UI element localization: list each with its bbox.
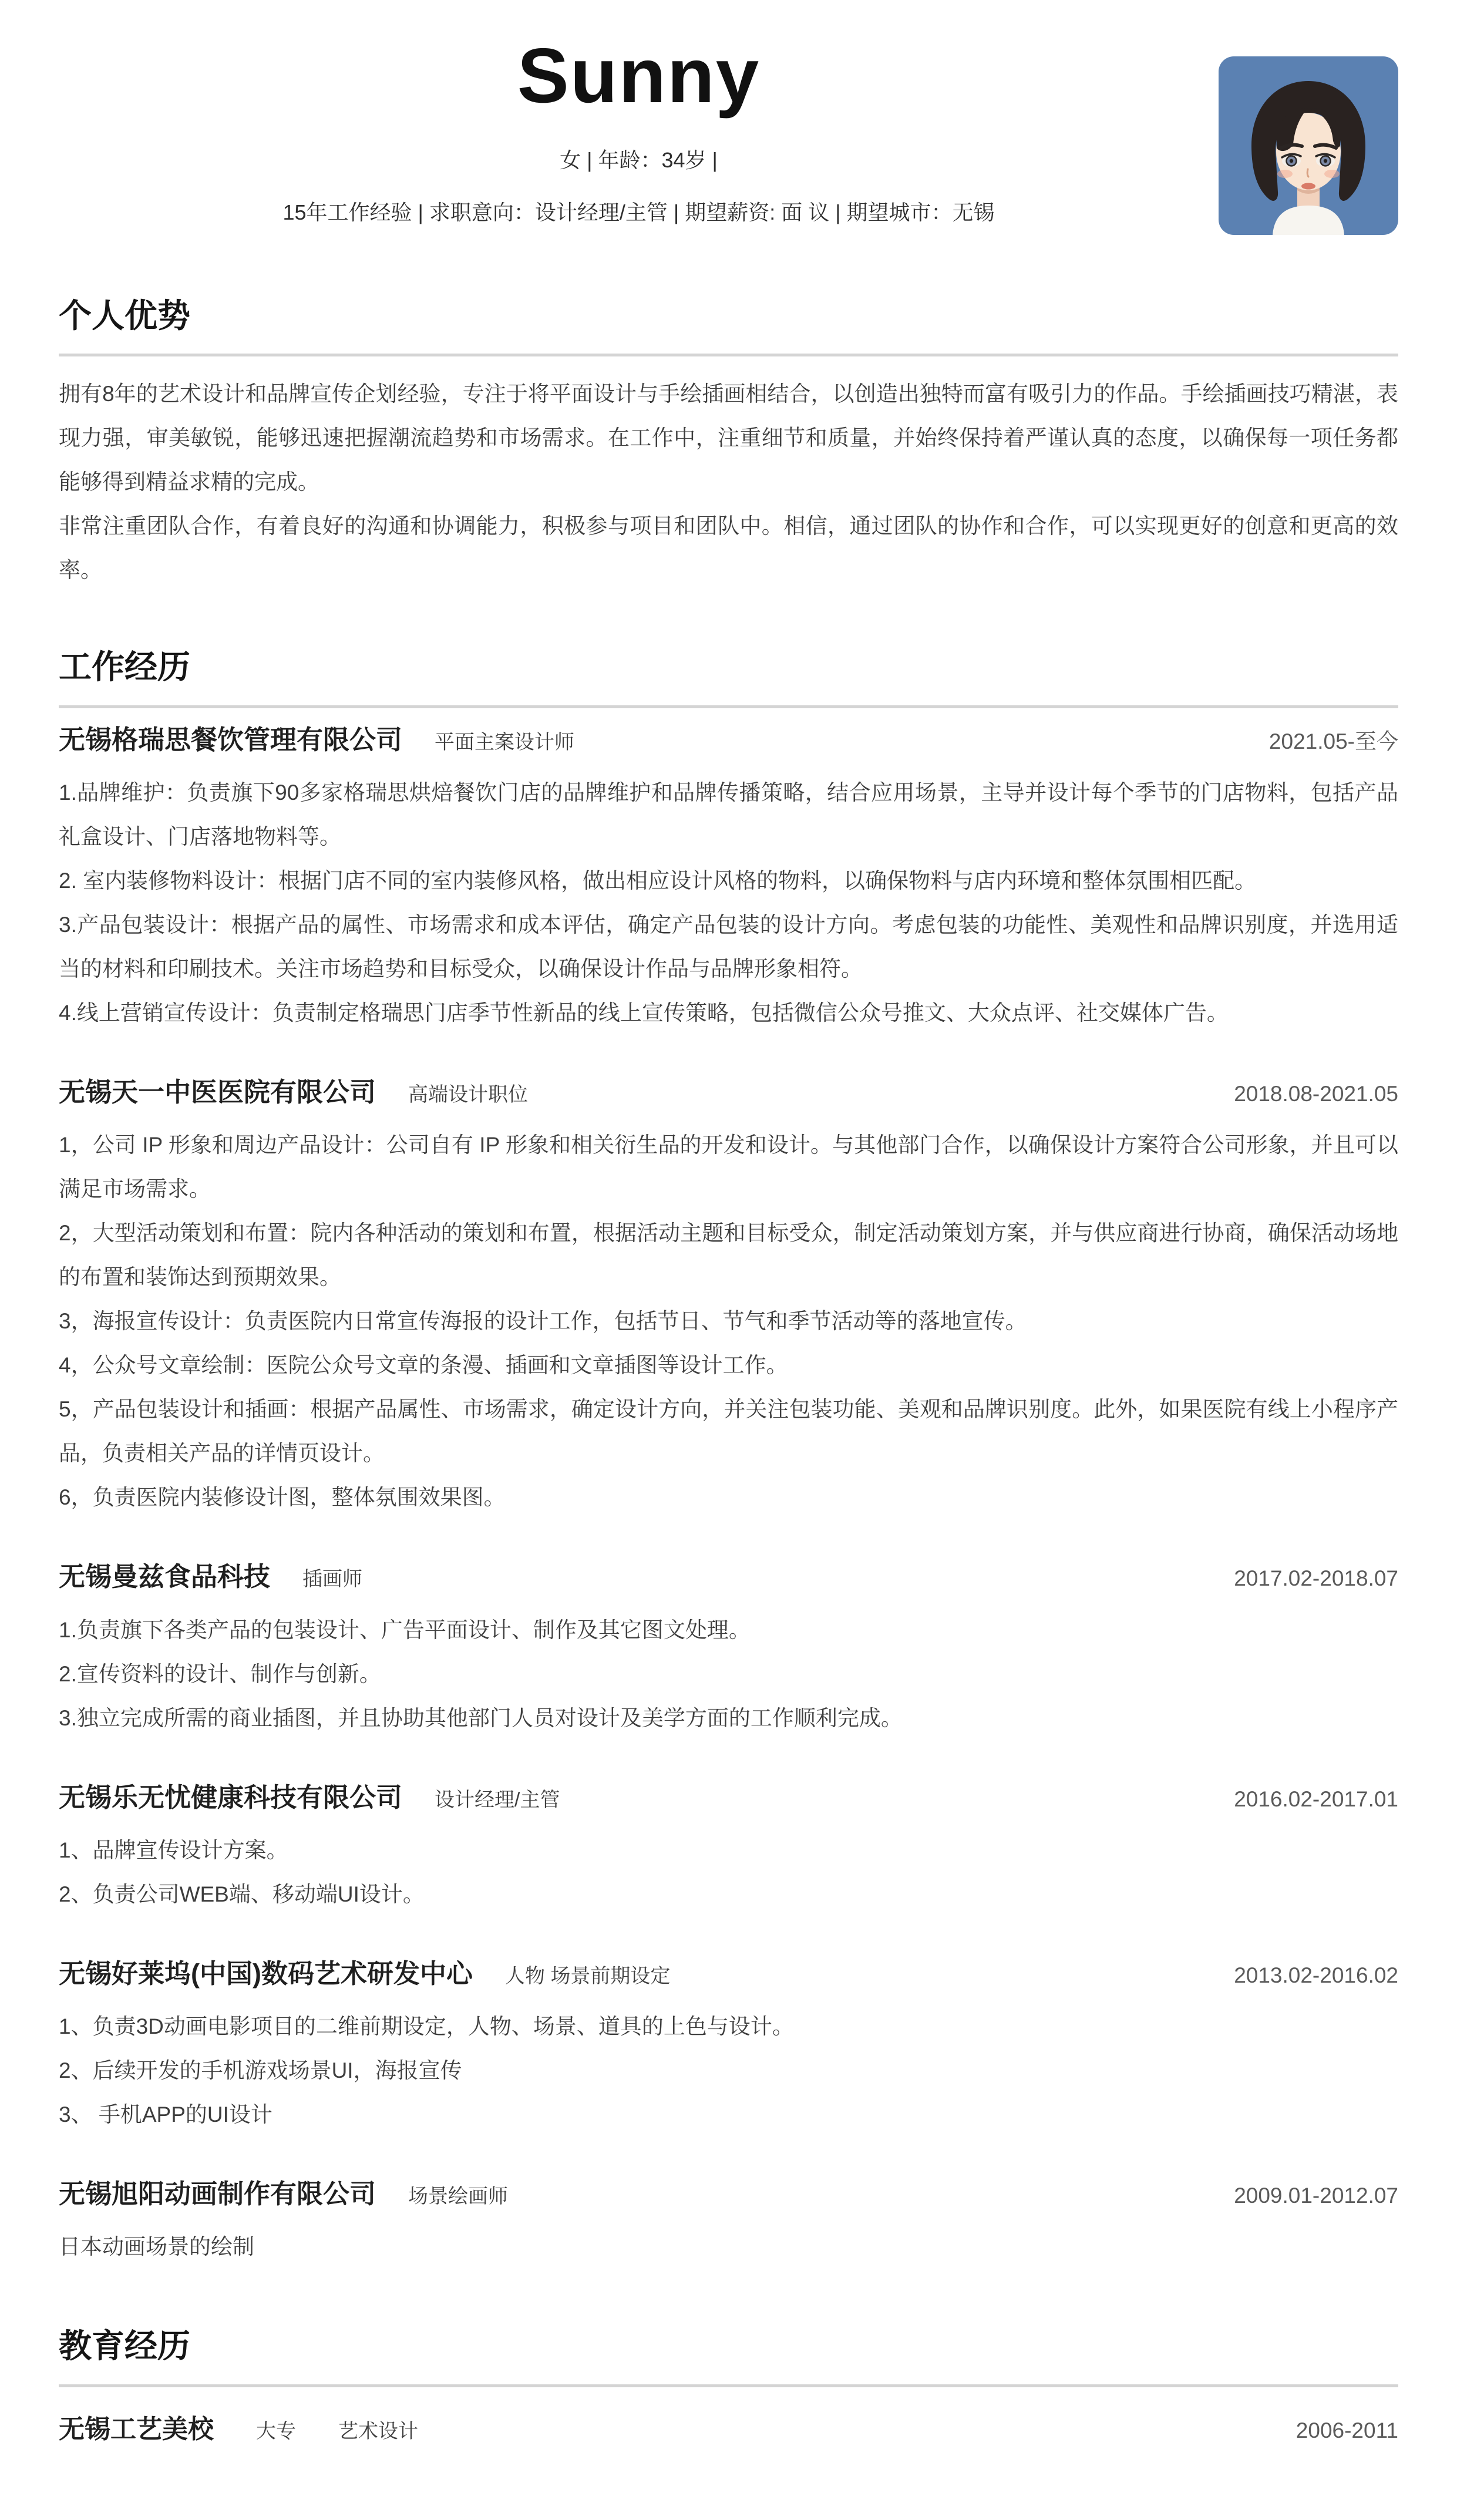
job-header: 无锡乐无忧健康科技有限公司 设计经理/主管 2016.02-2017.01 [59, 1781, 1398, 1814]
school-name: 无锡工艺美校 [59, 2413, 214, 2445]
job-duty-line: 5，产品包装设计和插画：根据产品属性、市场需求，确定设计方向，并关注包装功能、美… [59, 1387, 1398, 1475]
job-duty-line: 2、负责公司WEB端、移动端UI设计。 [59, 1872, 1398, 1916]
company-name: 无锡格瑞思餐饮管理有限公司 [59, 724, 402, 756]
job-period: 2013.02-2016.02 [1234, 1963, 1398, 1988]
company-name: 无锡好莱坞(中国)数码艺术研发中心 [59, 1957, 473, 1990]
resume-header: Sunny 女 | 年龄：34岁 | 15年工作经验 | 求职意向：设计经理/主… [59, 33, 1398, 244]
job-title: 高端设计职位 [408, 1078, 528, 1107]
job-duty-line: 3、 手机APP的UI设计 [59, 2092, 1398, 2137]
job-duties: 1、品牌宣传设计方案。 2、负责公司WEB端、移动端UI设计。 [59, 1828, 1398, 1916]
job-duty-line: 2.宣传资料的设计、制作与创新。 [59, 1652, 1398, 1696]
job-duty-line: 2，大型活动策划和布置：院内各种活动的策划和布置，根据活动主题和目标受众，制定活… [59, 1211, 1398, 1299]
job-entry: 无锡曼兹食品科技 插画师 2017.02-2018.07 1.负责旗下各类产品的… [59, 1560, 1398, 1740]
job-header: 无锡格瑞思餐饮管理有限公司 平面主案设计师 2021.05-至今 [59, 724, 1398, 756]
resume-page: Sunny 女 | 年龄：34岁 | 15年工作经验 | 求职意向：设计经理/主… [0, 0, 1457, 2520]
company-name: 无锡曼兹食品科技 [59, 1560, 270, 1593]
advantage-paragraph: 拥有8年的艺术设计和品牌宣传企划经验，专注于将平面设计与手绘插画相结合，以创造出… [59, 372, 1398, 504]
job-duty-line: 6，负责医院内装修设计图，整体氛围效果图。 [59, 1475, 1398, 1519]
job-entry: 无锡旭阳动画制作有限公司 场景绘画师 2009.01-2012.07 日本动画场… [59, 2178, 1398, 2269]
job-entry: 无锡天一中医医院有限公司 高端设计职位 2018.08-2021.05 1，公司… [59, 1076, 1398, 1519]
section-title-advantages: 个人优势 [59, 297, 1398, 335]
job-duty-line: 日本动画场景的绘制 [59, 2225, 1398, 2269]
job-title: 场景绘画师 [408, 2180, 508, 2209]
job-period: 2009.01-2012.07 [1234, 2183, 1398, 2208]
job-duty-line: 1.品牌维护：负责旗下90多家格瑞思烘焙餐饮门店的品牌维护和品牌传播策略，结合应… [59, 771, 1398, 859]
avatar [1219, 56, 1398, 235]
job-entry: 无锡好莱坞(中国)数码艺术研发中心 人物 场景前期设定 2013.02-2016… [59, 1957, 1398, 2137]
profile-basic-info: 女 | 年龄：34岁 | [59, 144, 1219, 174]
company-name: 无锡天一中医医院有限公司 [59, 1076, 376, 1109]
company-name: 无锡乐无忧健康科技有限公司 [59, 1781, 402, 1814]
job-duty-line: 3.独立完成所需的商业插图，并且协助其他部门人员对设计及美学方面的工作顺利完成。 [59, 1696, 1398, 1740]
job-header: 无锡曼兹食品科技 插画师 2017.02-2018.07 [59, 1560, 1398, 1593]
advantages-body: 拥有8年的艺术设计和品牌宣传企划经验，专注于将平面设计与手绘插画相结合，以创造出… [59, 372, 1398, 592]
job-duty-line: 1，公司 IP 形象和周边产品设计：公司自有 IP 形象和相关衍生品的开发和设计… [59, 1123, 1398, 1211]
job-duty-line: 1.负责旗下各类产品的包装设计、广告平面设计、制作及其它图文处理。 [59, 1608, 1398, 1652]
company-name: 无锡旭阳动画制作有限公司 [59, 2178, 376, 2211]
job-entry: 无锡格瑞思餐饮管理有限公司 平面主案设计师 2021.05-至今 1.品牌维护：… [59, 724, 1398, 1035]
job-duty-line: 1、品牌宣传设计方案。 [59, 1828, 1398, 1872]
job-header: 无锡天一中医医院有限公司 高端设计职位 2018.08-2021.05 [59, 1076, 1398, 1109]
job-duty-line: 4，公众号文章绘制：医院公众号文章的条漫、插画和文章插图等设计工作。 [59, 1343, 1398, 1387]
job-period: 2017.02-2018.07 [1234, 1566, 1398, 1591]
job-duties: 1、负责3D动画电影项目的二维前期设定，人物、场景、道具的上色与设计。 2、后续… [59, 2004, 1398, 2137]
job-period: 2021.05-至今 [1269, 724, 1398, 755]
candidate-name: Sunny [59, 33, 1219, 118]
job-duties: 1.负责旗下各类产品的包装设计、广告平面设计、制作及其它图文处理。 2.宣传资料… [59, 1608, 1398, 1740]
job-duties: 1，公司 IP 形象和周边产品设计：公司自有 IP 形象和相关衍生品的开发和设计… [59, 1123, 1398, 1519]
job-duty-line: 1、负责3D动画电影项目的二维前期设定，人物、场景、道具的上色与设计。 [59, 2004, 1398, 2048]
job-duty-line: 2. 室内装修物料设计：根据门店不同的室内装修风格，做出相应设计风格的物料，以确… [59, 859, 1398, 903]
job-title: 人物 场景前期设定 [505, 1960, 670, 1989]
advantage-paragraph: 非常注重团队合作，有着良好的沟通和协调能力，积极参与项目和团队中。相信，通过团队… [59, 504, 1398, 592]
job-title: 插画师 [302, 1563, 362, 1592]
section-divider [59, 705, 1398, 708]
job-duty-line: 2、后续开发的手机游戏场景UI，海报宣传 [59, 2048, 1398, 2092]
profile-intention-info: 15年工作经验 | 求职意向：设计经理/主管 | 期望薪资: 面 议 | 期望城… [59, 196, 1219, 226]
job-header: 无锡旭阳动画制作有限公司 场景绘画师 2009.01-2012.07 [59, 2178, 1398, 2211]
job-title: 平面主案设计师 [435, 726, 574, 755]
section-title-education: 教育经历 [59, 2327, 1398, 2365]
education-degree: 大专 [256, 2415, 296, 2444]
job-duties: 1.品牌维护：负责旗下90多家格瑞思烘焙餐饮门店的品牌维护和品牌传播策略，结合应… [59, 771, 1398, 1035]
job-header: 无锡好莱坞(中国)数码艺术研发中心 人物 场景前期设定 2013.02-2016… [59, 1957, 1398, 1990]
education-period: 2006-2011 [1296, 2418, 1398, 2443]
job-duty-line: 4.线上营销宣传设计：负责制定格瑞思门店季节性新品的线上宣传策略，包括微信公众号… [59, 991, 1398, 1035]
job-duty-line: 3.产品包装设计：根据产品的属性、市场需求和成本评估，确定产品包装的设计方向。考… [59, 903, 1398, 991]
education-entry: 无锡工艺美校 大专 艺术设计 2006-2011 [59, 2413, 1398, 2445]
education-major: 艺术设计 [338, 2415, 418, 2444]
job-period: 2018.08-2021.05 [1234, 1082, 1398, 1106]
section-title-work: 工作经历 [59, 648, 1398, 686]
section-divider [59, 354, 1398, 356]
header-text-block: Sunny 女 | 年龄：34岁 | 15年工作经验 | 求职意向：设计经理/主… [59, 33, 1219, 226]
job-entry: 无锡乐无忧健康科技有限公司 设计经理/主管 2016.02-2017.01 1、… [59, 1781, 1398, 1916]
avatar-illustration [1219, 56, 1398, 235]
job-period: 2016.02-2017.01 [1234, 1787, 1398, 1812]
job-duty-line: 3，海报宣传设计：负责医院内日常宣传海报的设计工作，包括节日、节气和季节活动等的… [59, 1299, 1398, 1343]
job-title: 设计经理/主管 [435, 1784, 560, 1812]
job-duties: 日本动画场景的绘制 [59, 2225, 1398, 2269]
section-divider [59, 2384, 1398, 2387]
